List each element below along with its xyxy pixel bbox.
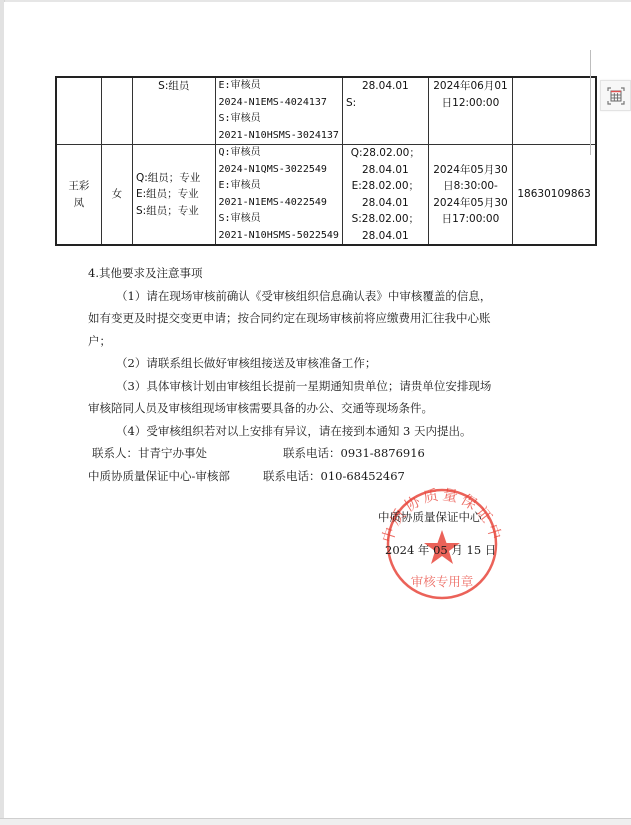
cert-line: 2021-N1EMS-4022549	[219, 195, 339, 212]
cert-line: 2021-N10HSMS-5022549	[219, 228, 339, 245]
seal-stamp-icon: 中质协质量保证中心 审核专用章	[370, 478, 510, 603]
note-item-1: （1）请在现场审核前确认《受审核组织信息确认表》中审核覆盖的信息，	[88, 285, 568, 308]
note-item-1-cont: 户；	[88, 330, 568, 353]
time-line: 2024年05月30	[432, 162, 510, 179]
role-line: E:组员；专业	[136, 186, 212, 203]
note-line: （3）具体审核计划由审核组长提前一星期通知贵单位；请贵单位安排现场	[116, 379, 491, 393]
contact-department: 中质协质量保证中心-审核部	[88, 465, 263, 488]
official-seal: 中质协质量保证中心 审核专用章	[370, 478, 510, 598]
note-line: （2）请联系组长做好审核组接送及审核准备工作；	[116, 356, 376, 370]
code-line: S:	[346, 95, 425, 112]
bottom-edge	[0, 818, 631, 825]
document-viewer: S:组员 E:审核员 2024-N1EMS-4024137 S:审核员 2021…	[0, 0, 631, 825]
table-extract-icon	[606, 86, 626, 106]
time-line: 日8:30:00-	[432, 178, 510, 195]
cert-line: S:审核员	[219, 211, 339, 228]
table-extract-button[interactable]	[600, 80, 631, 111]
contact-row: 联系人：甘青宁办事处 联系电话：0931-8876916	[92, 442, 568, 465]
cell-code: 28.04.01 S:	[342, 77, 428, 145]
note-item-1-cont: 如有变更及时提交变更申请；按合同约定在现场审核前将应缴费用汇往我中心账	[88, 307, 568, 330]
time-line: 日17:00:00	[432, 211, 510, 228]
cell-phone: 18630109863	[513, 145, 596, 246]
table-row: S:组员 E:审核员 2024-N1EMS-4024137 S:审核员 2021…	[56, 77, 596, 145]
cell-gender	[101, 77, 132, 145]
note-line: 如有变更及时提交变更申请；按合同约定在现场审核前将应缴费用汇往我中心账	[88, 311, 491, 325]
note-item-4: （4）受审核组织若对以上安排有异议，请在接到本通知 3 天内提出。	[88, 420, 568, 443]
time-line: 日12:00:00	[432, 95, 510, 112]
code-line: Q:28.02.00；	[346, 145, 425, 162]
cell-time: 2024年06月01 日12:00:00	[428, 77, 513, 145]
note-line: （1）请在现场审核前确认《受审核组织信息确认表》中审核覆盖的信息，	[116, 289, 491, 303]
cert-line: E:审核员	[219, 178, 339, 195]
page-edge-line	[590, 50, 591, 155]
code-line: 28.04.01	[346, 195, 425, 212]
cert-line: E:审核员	[219, 78, 339, 95]
signature-date: 2024 年 05 月 15 日	[385, 542, 496, 558]
cell-phone	[513, 77, 596, 145]
contact-phone: 联系电话：0931-8876916	[283, 442, 425, 465]
note-item-2: （2）请联系组长做好审核组接送及审核准备工作；	[88, 352, 568, 375]
cert-line: S:审核员	[219, 111, 339, 128]
cert-line: 2024-N1EMS-4024137	[219, 95, 339, 112]
cell-time: 2024年05月30 日8:30:00- 2024年05月30 日17:00:0…	[428, 145, 513, 246]
code-line: 28.04.01	[346, 228, 425, 245]
code-line: E:28.02.00；	[346, 178, 425, 195]
role-line: S:组员；专业	[136, 203, 212, 220]
table-row: 王彩 凤 女 Q:组员；专业 E:组员；专业 S:组员；专业 Q:审核员 202…	[56, 145, 596, 246]
cert-line: 2024-N1QMS-3022549	[219, 162, 339, 179]
cell-code: Q:28.02.00； 28.04.01 E:28.02.00； 28.04.0…	[342, 145, 428, 246]
name-line: 王彩	[60, 178, 98, 195]
role-line: S:组员	[136, 78, 212, 95]
cell-role: S:组员	[133, 77, 216, 145]
notes-section: 4.其他要求及注意事项 （1）请在现场审核前确认《受审核组织信息确认表》中审核覆…	[98, 262, 568, 487]
note-item-3: （3）具体审核计划由审核组长提前一星期通知贵单位；请贵单位安排现场	[88, 375, 568, 398]
role-line: Q:组员；专业	[136, 170, 212, 187]
code-line: 28.04.01	[346, 78, 425, 95]
cell-role: Q:组员；专业 E:组员；专业 S:组员；专业	[133, 145, 216, 246]
cert-line: Q:审核员	[219, 145, 339, 162]
note-line: 户；	[88, 334, 111, 348]
time-line: 2024年05月30	[432, 195, 510, 212]
time-line: 2024年06月01	[432, 78, 510, 95]
cell-cert: Q:审核员 2024-N1QMS-3022549 E:审核员 2021-N1EM…	[215, 145, 342, 246]
note-line: 审核陪同人员及审核组现场审核需要具备的办公、交通等现场条件。	[88, 401, 433, 415]
cell-name	[56, 77, 101, 145]
contact-person: 联系人：甘青宁办事处	[92, 442, 267, 465]
signature-organization: 中质协质量保证中心	[378, 509, 482, 525]
cell-gender: 女	[101, 145, 132, 246]
svg-text:审核专用章: 审核专用章	[411, 574, 474, 589]
cell-name: 王彩 凤	[56, 145, 101, 246]
code-line: S:28.02.00；	[346, 211, 425, 228]
name-line: 凤	[60, 195, 98, 212]
note-item-3-cont: 审核陪同人员及审核组现场审核需要具备的办公、交通等现场条件。	[88, 397, 568, 420]
note-line: （4）受审核组织若对以上安排有异议，请在接到本通知 3 天内提出。	[116, 424, 471, 438]
audit-team-table: S:组员 E:审核员 2024-N1EMS-4024137 S:审核员 2021…	[55, 76, 597, 246]
section-heading: 4.其他要求及注意事项	[88, 262, 568, 285]
code-line: 28.04.01	[346, 162, 425, 179]
cell-cert: E:审核员 2024-N1EMS-4024137 S:审核员 2021-N10H…	[215, 77, 342, 145]
cert-line: 2021-N10HSMS-3024137	[219, 128, 339, 145]
